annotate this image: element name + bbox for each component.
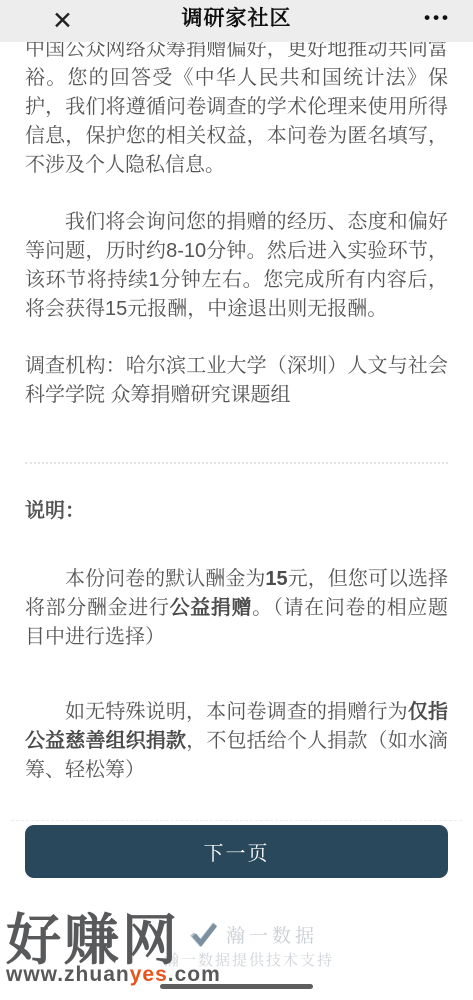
- url-suffix: .com: [168, 963, 221, 986]
- reward-donation-term: 公益捐赠: [170, 597, 253, 619]
- section-divider: [11, 820, 462, 821]
- reward-text: 本份问卷的默认酬金为: [65, 568, 265, 590]
- notes-heading: 说明：: [25, 497, 448, 526]
- url-highlight: yes: [130, 963, 168, 986]
- titlebar: ✕ 调研家社区 •••: [0, 0, 473, 42]
- intro-paragraph-privacy: 中国公众网络众筹捐赠偏好，更好地推动共同富裕。您的回答受《中华人民共和国统计法》…: [25, 35, 448, 180]
- home-indicator[interactable]: [160, 984, 313, 989]
- site-watermark: 好赚网 www.zhuanyes.com: [6, 912, 221, 987]
- page-title: 调研家社区: [0, 0, 473, 42]
- url-prefix: www.zhuan: [6, 963, 130, 986]
- reward-amount: 15: [265, 568, 287, 590]
- notes-paragraph-scope: 如无特殊说明，本问卷调查的捐赠行为仅指公益慈善组织捐款，不包括给个人捐款（如水滴…: [25, 698, 448, 785]
- more-menu-icon[interactable]: •••: [424, 0, 451, 42]
- dotted-divider: [25, 462, 448, 464]
- intro-paragraph-organization: 调查机构：哈尔滨工业大学（深圳）人文与社会科学学院 众筹捐赠研究课题组: [25, 352, 448, 410]
- notes-paragraph-reward: 本份问卷的默认酬金为15元，但您可以选择将部分酬金进行公益捐赠。（请在问卷的相应…: [25, 565, 448, 652]
- provider-name: 瀚一数据: [226, 921, 318, 948]
- next-page-button[interactable]: 下一页: [25, 825, 448, 878]
- survey-intro-content: 中国公众网络众筹捐赠偏好，更好地推动共同富裕。您的回答受《中华人民共和国统计法》…: [0, 0, 473, 878]
- scope-text: 如无特殊说明，本问卷调查的捐赠行为: [65, 701, 408, 723]
- watermark-site-name: 好赚网: [6, 912, 221, 968]
- intro-paragraph-procedure: 我们将会询问您的捐赠的经历、态度和偏好等问题，历时约8-10分钟。然后进入实验环…: [25, 208, 448, 324]
